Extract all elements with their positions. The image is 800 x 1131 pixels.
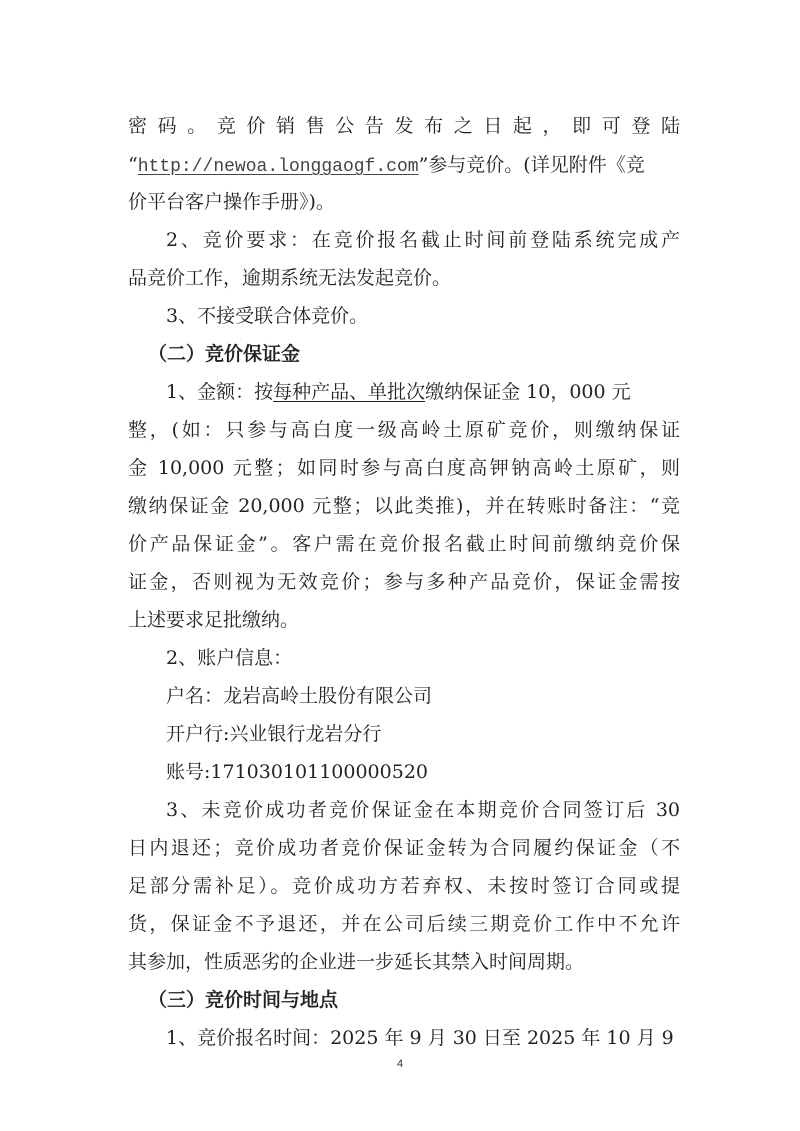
registration-time-line: 1、竞价报名时间：2025 年 9 月 30 日至 2025 年 10 月 9 [166,1026,680,1050]
paragraph-line: 足部分需补足）。竞价成功方若弃权、未按时签订合同或提 [128,874,680,898]
paragraph-line: 上述要求足批缴纳。 [128,608,680,632]
deposit-amount-line: 1、金额：按每种产品、单批次缴纳保证金 10，000 元 [166,380,680,404]
paragraph-line: 金 10,000 元整；如同时参与高白度高钾钠高岭土原矿，则 [128,456,680,480]
deposit-underlined-text: 每种产品、单批次 [273,381,425,403]
paragraph-line: 价产品保证金”。客户需在竞价报名截止时间前缴纳竞价保 [128,532,680,556]
close-quote: ” [419,154,429,176]
paragraph-line: 日内退还；竞价成功者竞价保证金转为合同履约保证金（不 [128,836,680,860]
bidding-requirement-line: 2、竞价要求：在竞价报名截止时间前登陆系统完成产 [166,228,680,252]
account-name: 户名：龙岩高岭土股份有限公司 [166,684,680,708]
deposit-suffix: 缴纳保证金 10，000 元 [425,381,631,403]
paragraph-line: 价平台客户操作手册》)。 [128,190,680,214]
open-quote: “ [128,154,138,176]
page-number: 4 [0,1058,800,1070]
section-heading-time-place: （三）竞价时间与地点 [148,988,700,1012]
paragraph-line: 品竞价工作，逾期系统无法发起竞价。 [128,266,680,290]
section-heading-deposit: （二）竞价保证金 [148,342,700,366]
paragraph-line: “http://newoa.longgaogf.com”参与竞价。(详见附件《竞 [128,153,680,179]
paragraph-line: 整，(如：只参与高白度一级高岭土原矿竞价，则缴纳保证 [128,418,680,442]
paragraph-line: 缴纳保证金 20,000 元整；以此类推)，并在转账时备注：“竞 [128,494,680,518]
paragraph-line: 货，保证金不予退还，并在公司后续三期竞价工作中不允许 [128,912,680,936]
document-page: 密码。竞价销售公告发布之日起，即可登陆 “http://newoa.longga… [0,0,800,1131]
paragraph-line: 证金，否则视为无效竞价；参与多种产品竞价，保证金需按 [128,570,680,594]
bank-name: 开户行:兴业银行龙岩分行 [166,722,680,746]
no-consortium-line: 3、不接受联合体竞价。 [166,304,680,328]
link-suffix-text: 参与竞价。(详见附件《竞 [428,154,644,176]
bidding-platform-link[interactable]: http://newoa.longgaogf.com [138,157,419,177]
refund-line: 3、未竞价成功者竞价保证金在本期竞价合同签订后 30 [166,798,680,822]
account-number: 账号:171030101100000520 [166,760,680,784]
paragraph-line: 密码。竞价销售公告发布之日起，即可登陆 [128,114,680,138]
paragraph-line: 其参加，性质恶劣的企业进一步延长其禁入时间周期。 [128,950,680,974]
deposit-prefix: 1、金额：按 [166,381,273,403]
account-info-label: 2、账户信息： [166,646,680,670]
